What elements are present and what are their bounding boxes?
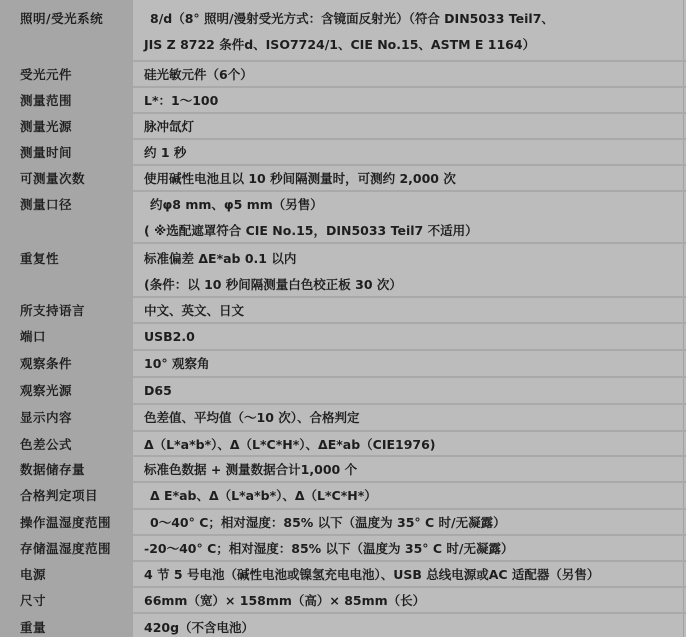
spec-value: Δ E*ab、Δ（L*a*b*）、Δ（L*C*H*） — [133, 483, 686, 510]
spec-row-measurement-count: 可测量次数 使用碱性电池且以 10 秒间隔测量时，可测约 2,000 次 — [0, 166, 686, 192]
spec-value: USB2.0 — [133, 324, 686, 351]
spec-label: 操作温湿度范围 — [0, 510, 133, 536]
spec-value: 66mm（宽）× 158mm（高）× 85mm（长） — [133, 588, 686, 614]
spec-value-line: 标准偏差 ΔE*ab 0.1 以内 — [144, 246, 680, 272]
spec-row-color-difference-formula: 色差公式 Δ（L*a*b*）、Δ（L*C*H*）、ΔE*ab（CIE1976) — [0, 432, 686, 457]
spec-value-line: JIS Z 8722 条件d、ISO7724/1、CIE No.15、ASTM … — [144, 32, 680, 58]
spec-row-receptor: 受光元件 硅光敏元件（6个） — [0, 62, 686, 88]
spec-value: Δ（L*a*b*）、Δ（L*C*H*）、ΔE*ab（CIE1976) — [133, 432, 686, 457]
spec-value-line: 8/d（8° 照明/漫射受光方式：含镜面反射光）（符合 DIN5033 Teil… — [144, 6, 680, 32]
spec-row-measurement-range: 测量范围 L*：1～100 — [0, 88, 686, 114]
spec-value: 8/d（8° 照明/漫射受光方式：含镜面反射光）（符合 DIN5033 Teil… — [133, 0, 686, 62]
spec-value: 10° 观察角 — [133, 351, 686, 378]
spec-value: 脉冲氙灯 — [133, 114, 686, 140]
spec-label: 测量口径 — [0, 192, 133, 244]
spec-label: 受光元件 — [0, 62, 133, 88]
spec-value: 中文、英文、日文 — [133, 298, 686, 324]
spec-row-aperture: 测量口径 约φ8 mm、φ5 mm（另售） ( ※选配遮罩符合 CIE No.1… — [0, 192, 686, 244]
spec-value: 色差值、平均值（～10 次）、合格判定 — [133, 405, 686, 432]
spec-label: 数据储存量 — [0, 457, 133, 483]
spec-value: 使用碱性电池且以 10 秒间隔测量时，可测约 2,000 次 — [133, 166, 686, 192]
spec-label: 存储温湿度范围 — [0, 536, 133, 562]
spec-row-illuminant: 观察光源 D65 — [0, 378, 686, 405]
spec-value: D65 — [133, 378, 686, 405]
spec-value: -20～40° C；相对湿度：85% 以下（温度为 35° C 时/无凝露） — [133, 536, 686, 562]
spec-label: 电源 — [0, 562, 133, 588]
spec-value: 硅光敏元件（6个） — [133, 62, 686, 88]
spec-label: 测量范围 — [0, 88, 133, 114]
spec-row-display: 显示内容 色差值、平均值（～10 次）、合格判定 — [0, 405, 686, 432]
spec-row-repeatability: 重复性 标准偏差 ΔE*ab 0.1 以内 (条件：以 10 秒间隔测量白色校正… — [0, 244, 686, 298]
spec-value: 标准色数据 + 测量数据合计1,000 个 — [133, 457, 686, 483]
spec-row-light-source: 测量光源 脉冲氙灯 — [0, 114, 686, 140]
spec-value: L*：1～100 — [133, 88, 686, 114]
spec-row-port: 端口 USB2.0 — [0, 324, 686, 351]
spec-value: 约 1 秒 — [133, 140, 686, 166]
spec-label: 合格判定项目 — [0, 483, 133, 510]
spec-label: 所支持语言 — [0, 298, 133, 324]
spec-value-line: 约φ8 mm、φ5 mm（另售） — [144, 192, 680, 218]
spec-label: 重复性 — [0, 244, 133, 298]
spec-label: 测量时间 — [0, 140, 133, 166]
spec-label: 尺寸 — [0, 588, 133, 614]
spec-row-operating-conditions: 操作温湿度范围 0～40° C；相对湿度：85% 以下（温度为 35° C 时/… — [0, 510, 686, 536]
spec-row-dimensions: 尺寸 66mm（宽）× 158mm（高）× 85mm（长） — [0, 588, 686, 614]
spec-label: 重量 — [0, 614, 133, 637]
spec-label: 色差公式 — [0, 432, 133, 457]
spec-row-measurement-time: 测量时间 约 1 秒 — [0, 140, 686, 166]
spec-label: 测量光源 — [0, 114, 133, 140]
spec-row-storage-conditions: 存储温湿度范围 -20～40° C；相对湿度：85% 以下（温度为 35° C … — [0, 536, 686, 562]
spec-value: 420g（不含电池） — [133, 614, 686, 637]
spec-label: 观察条件 — [0, 351, 133, 378]
spec-value: 4 节 5 号电池（碱性电池或镍氢充电电池）、USB 总线电源或AC 适配器（另… — [133, 562, 686, 588]
spec-value-line: (条件：以 10 秒间隔测量白色校正板 30 次） — [144, 272, 680, 298]
spec-value: 0～40° C；相对湿度：85% 以下（温度为 35° C 时/无凝露） — [133, 510, 686, 536]
spec-row-illumination-system: 照明/受光系统 8/d（8° 照明/漫射受光方式：含镜面反射光）（符合 DIN5… — [0, 0, 686, 62]
spec-value: 约φ8 mm、φ5 mm（另售） ( ※选配遮罩符合 CIE No.15，DIN… — [133, 192, 686, 244]
spec-row-power: 电源 4 节 5 号电池（碱性电池或镍氢充电电池）、USB 总线电源或AC 适配… — [0, 562, 686, 588]
spec-label: 显示内容 — [0, 405, 133, 432]
spec-value-line: ( ※选配遮罩符合 CIE No.15，DIN5033 Teil7 不适用） — [144, 218, 680, 244]
spec-table: 照明/受光系统 8/d（8° 照明/漫射受光方式：含镜面反射光）（符合 DIN5… — [0, 0, 686, 637]
spec-row-weight: 重量 420g（不含电池） — [0, 614, 686, 637]
spec-label: 端口 — [0, 324, 133, 351]
spec-row-languages: 所支持语言 中文、英文、日文 — [0, 298, 686, 324]
spec-row-pass-fail: 合格判定项目 Δ E*ab、Δ（L*a*b*）、Δ（L*C*H*） — [0, 483, 686, 510]
spec-row-observer: 观察条件 10° 观察角 — [0, 351, 686, 378]
spec-row-data-storage: 数据储存量 标准色数据 + 测量数据合计1,000 个 — [0, 457, 686, 483]
spec-label: 照明/受光系统 — [0, 0, 133, 62]
spec-label: 观察光源 — [0, 378, 133, 405]
spec-value: 标准偏差 ΔE*ab 0.1 以内 (条件：以 10 秒间隔测量白色校正板 30… — [133, 244, 686, 298]
spec-label: 可测量次数 — [0, 166, 133, 192]
